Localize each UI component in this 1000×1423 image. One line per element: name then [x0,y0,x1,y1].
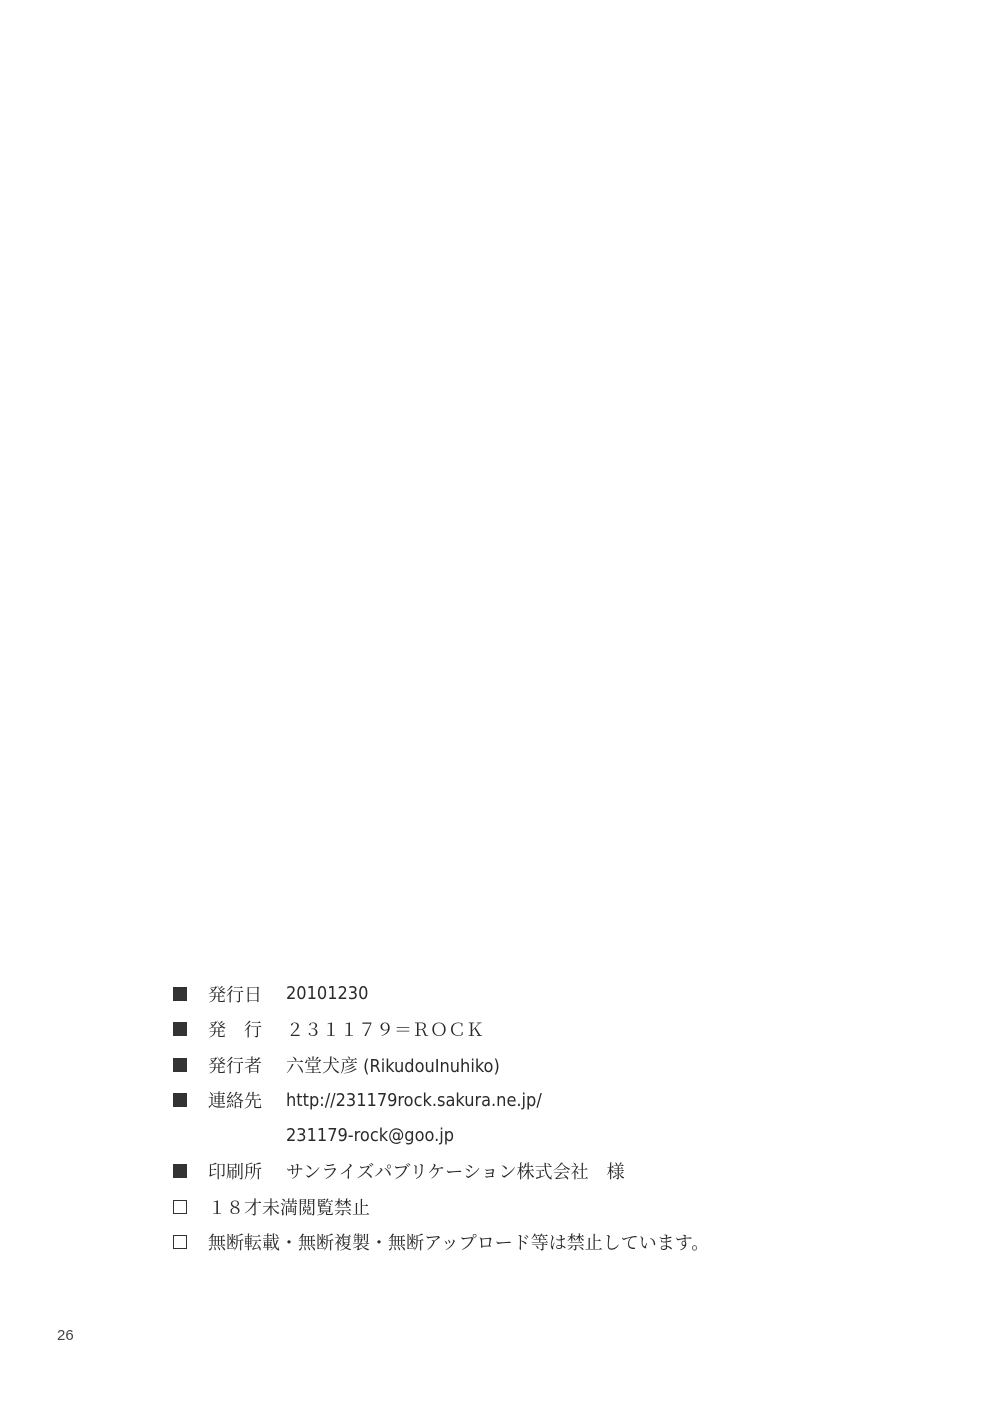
contact-url-value: http://231179rock.sakura.ne.jp/ [286,1090,542,1111]
row-label: 発 行 [208,1016,286,1042]
colophon: 発行日 20101230 発 行 ２３１１７９＝ＲＯＣＫ 発行者 六堂犬彦 (R… [170,976,810,1260]
colophon-row-age-restriction: １８才未満閲覧禁止 [170,1189,810,1225]
publisher-value: ２３１１７９＝ＲＯＣＫ [286,1016,484,1042]
row-label: 発行日 [208,981,286,1007]
row-label: 発行者 [208,1052,286,1078]
age-restriction-notice: １８才未満閲覧禁止 [208,1194,370,1220]
colophon-row-contact-email: 231179-rock@goo.jp [170,1118,810,1154]
page-number: 26 [57,1327,74,1344]
empty-square-bullet-icon [170,1235,208,1249]
publish-date-value: 20101230 [286,983,368,1004]
row-label: 印刷所 [208,1158,286,1184]
filled-square-bullet-icon [170,1058,208,1072]
printer-value: サンライズパブリケーション株式会社 様 [286,1158,625,1184]
copyright-notice: 無断転載・無断複製・無断アップロード等は禁止しています。 [208,1229,709,1255]
filled-square-bullet-icon [170,1164,208,1178]
author-value: 六堂犬彦 (RikudouInuhiko) [286,1052,500,1078]
colophon-row-publisher: 発 行 ２３１１７９＝ＲＯＣＫ [170,1012,810,1048]
colophon-row-publish-date: 発行日 20101230 [170,976,810,1012]
colophon-row-author: 発行者 六堂犬彦 (RikudouInuhiko) [170,1047,810,1083]
row-label: 連絡先 [208,1087,286,1113]
filled-square-bullet-icon [170,1022,208,1036]
filled-square-bullet-icon [170,1093,208,1107]
contact-email-value: 231179-rock@goo.jp [286,1125,454,1146]
colophon-row-copyright-notice: 無断転載・無断複製・無断アップロード等は禁止しています。 [170,1225,810,1261]
filled-square-bullet-icon [170,987,208,1001]
colophon-row-printer: 印刷所 サンライズパブリケーション株式会社 様 [170,1154,810,1190]
empty-square-bullet-icon [170,1200,208,1214]
colophon-row-contact-url: 連絡先 http://231179rock.sakura.ne.jp/ [170,1083,810,1119]
